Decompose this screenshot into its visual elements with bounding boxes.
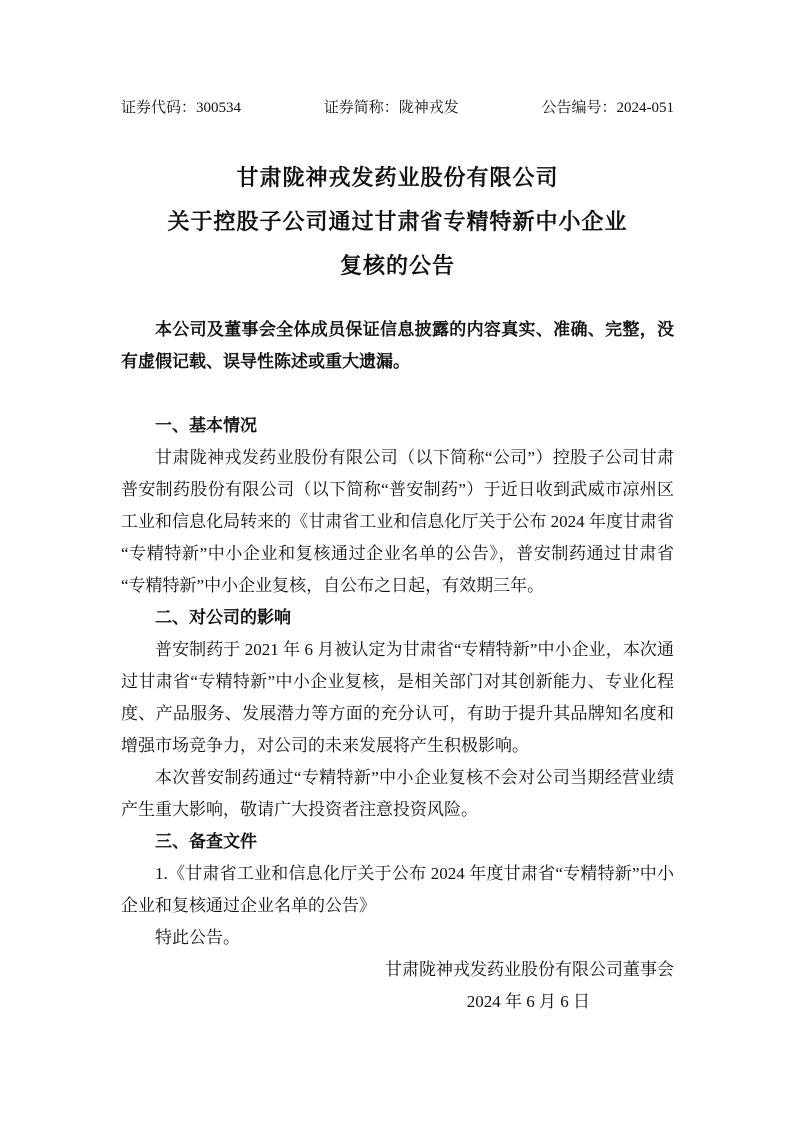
closing-statement: 特此公告。 xyxy=(121,922,674,954)
section-heading-reference-documents: 三、备查文件 xyxy=(121,826,674,858)
document-header: 证券代码：300534 证券简称：陇神戎发 公告编号：2024-051 xyxy=(121,96,674,120)
title-line-2: 关于控股子公司通过甘肃省专精特新中小企业 xyxy=(121,200,674,244)
title-line-1: 甘肃陇神戎发药业股份有限公司 xyxy=(121,156,674,200)
document-title: 甘肃陇神戎发药业股份有限公司 关于控股子公司通过甘肃省专精特新中小企业 复核的公… xyxy=(121,156,674,288)
truthfulness-declaration: 本公司及董事会全体成员保证信息披露的内容真实、准确、完整，没有虚假记载、误导性陈… xyxy=(121,314,674,378)
section-impact-paragraph-2: 本次普安制药通过“专精特新”中小企业复核不会对公司当期经营业绩产生重大影响，敬请… xyxy=(121,762,674,826)
signature-date: 2024 年 6 月 6 日 xyxy=(121,986,674,1018)
section-impact-paragraph-1: 普安制药于 2021 年 6 月被认定为甘肃省“专精特新”中小企业，本次通过甘肃… xyxy=(121,634,674,762)
section-reference-documents-item-1: 1.《甘肃省工业和信息化厅关于公布 2024 年度甘肃省“专精特新”中小企业和复… xyxy=(121,858,674,922)
stock-short-name: 证券简称：陇神戎发 xyxy=(324,96,459,120)
section-heading-impact: 二、对公司的影响 xyxy=(121,602,674,634)
announcement-number: 公告编号：2024-051 xyxy=(542,96,675,120)
signature-company: 甘肃陇神戎发药业股份有限公司董事会 xyxy=(121,954,674,986)
title-line-3: 复核的公告 xyxy=(121,244,674,288)
announcement-page: 证券代码：300534 证券简称：陇神戎发 公告编号：2024-051 甘肃陇神… xyxy=(0,0,794,1122)
stock-code: 证券代码：300534 xyxy=(121,96,241,120)
section-basic-info-paragraph: 甘肃陇神戎发药业股份有限公司（以下简称“公司”）控股子公司甘肃普安制药股份有限公… xyxy=(121,442,674,602)
section-heading-basic-info: 一、基本情况 xyxy=(121,410,674,442)
